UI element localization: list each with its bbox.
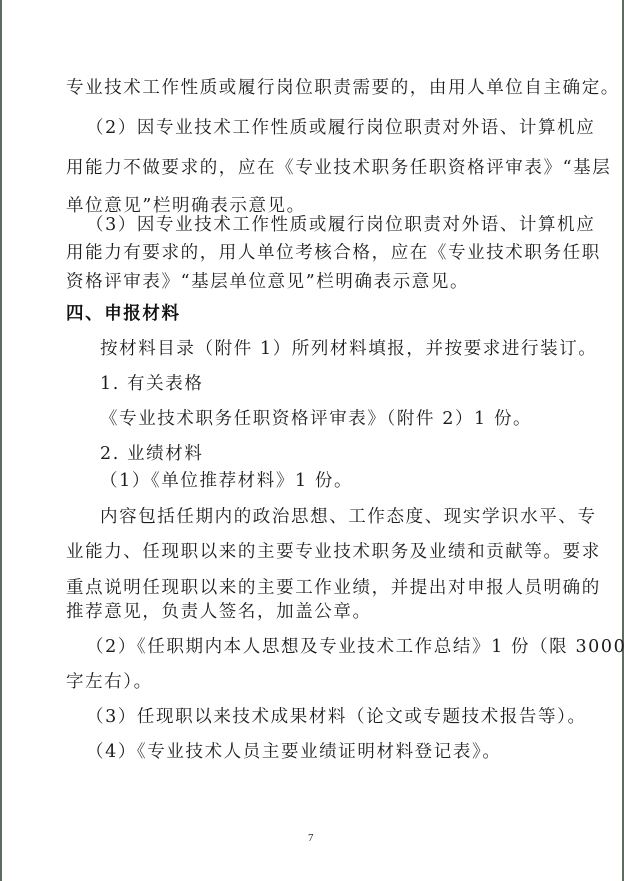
text-line: 专业技术工作性质或履行岗位职责需要的，由用人单位自主确定。 [66, 77, 620, 99]
section-heading: 四、申报材料 [66, 303, 181, 325]
text-line: （2）因专业技术工作性质或履行岗位职责对外语、计算机应 [86, 117, 595, 139]
text-line: （3）因专业技术工作性质或履行岗位职责对外语、计算机应 [86, 214, 595, 236]
text-line: 1. 有关表格 [100, 373, 203, 395]
text-line: （1）《单位推荐材料》1 份。 [100, 470, 353, 492]
text-line: 用能力有要求的，用人单位考核合格，应在《专业技术职务任职 [66, 242, 601, 264]
text-line: （4）《专业技术人员主要业绩证明材料登记表》。 [86, 741, 501, 763]
text-line: （2）《任职期内本人思想及专业技术工作总结》1 份（限 3000 [86, 636, 624, 658]
page-number: 7 [308, 832, 314, 844]
text-line: 推荐意见，负责人签名，加盖公章。 [66, 601, 372, 623]
text-line: （3）任现职以来技术成果材料（论文或专题技术报告等）。 [86, 706, 587, 728]
text-line: 按材料目录（附件 1）所列材料填报，并按要求进行装订。 [100, 338, 597, 360]
text-line: 2. 业绩材料 [100, 443, 203, 465]
text-line: 业能力、任现职以来的主要专业技术职务及业绩和贡献等。要求 [66, 541, 601, 563]
text-line: 用能力不做要求的，应在《专业技术职务任职资格评审表》“基层 [66, 157, 611, 179]
text-line: 内容包括任期内的政治思想、工作态度、现实学识水平、专 [100, 506, 597, 528]
text-line: 《专业技术职务任职资格评审表》（附件 2）1 份。 [100, 408, 532, 430]
text-line: 资格评审表》“基层单位意见”栏明确表示意见。 [66, 271, 469, 293]
text-line: 重点说明任现职以来的主要工作业绩，并提出对申报人员明确的 [66, 577, 601, 599]
document-page: 专业技术工作性质或履行岗位职责需要的，由用人单位自主确定。（2）因专业技术工作性… [2, 0, 622, 881]
text-line: 字左右）。 [66, 671, 153, 693]
